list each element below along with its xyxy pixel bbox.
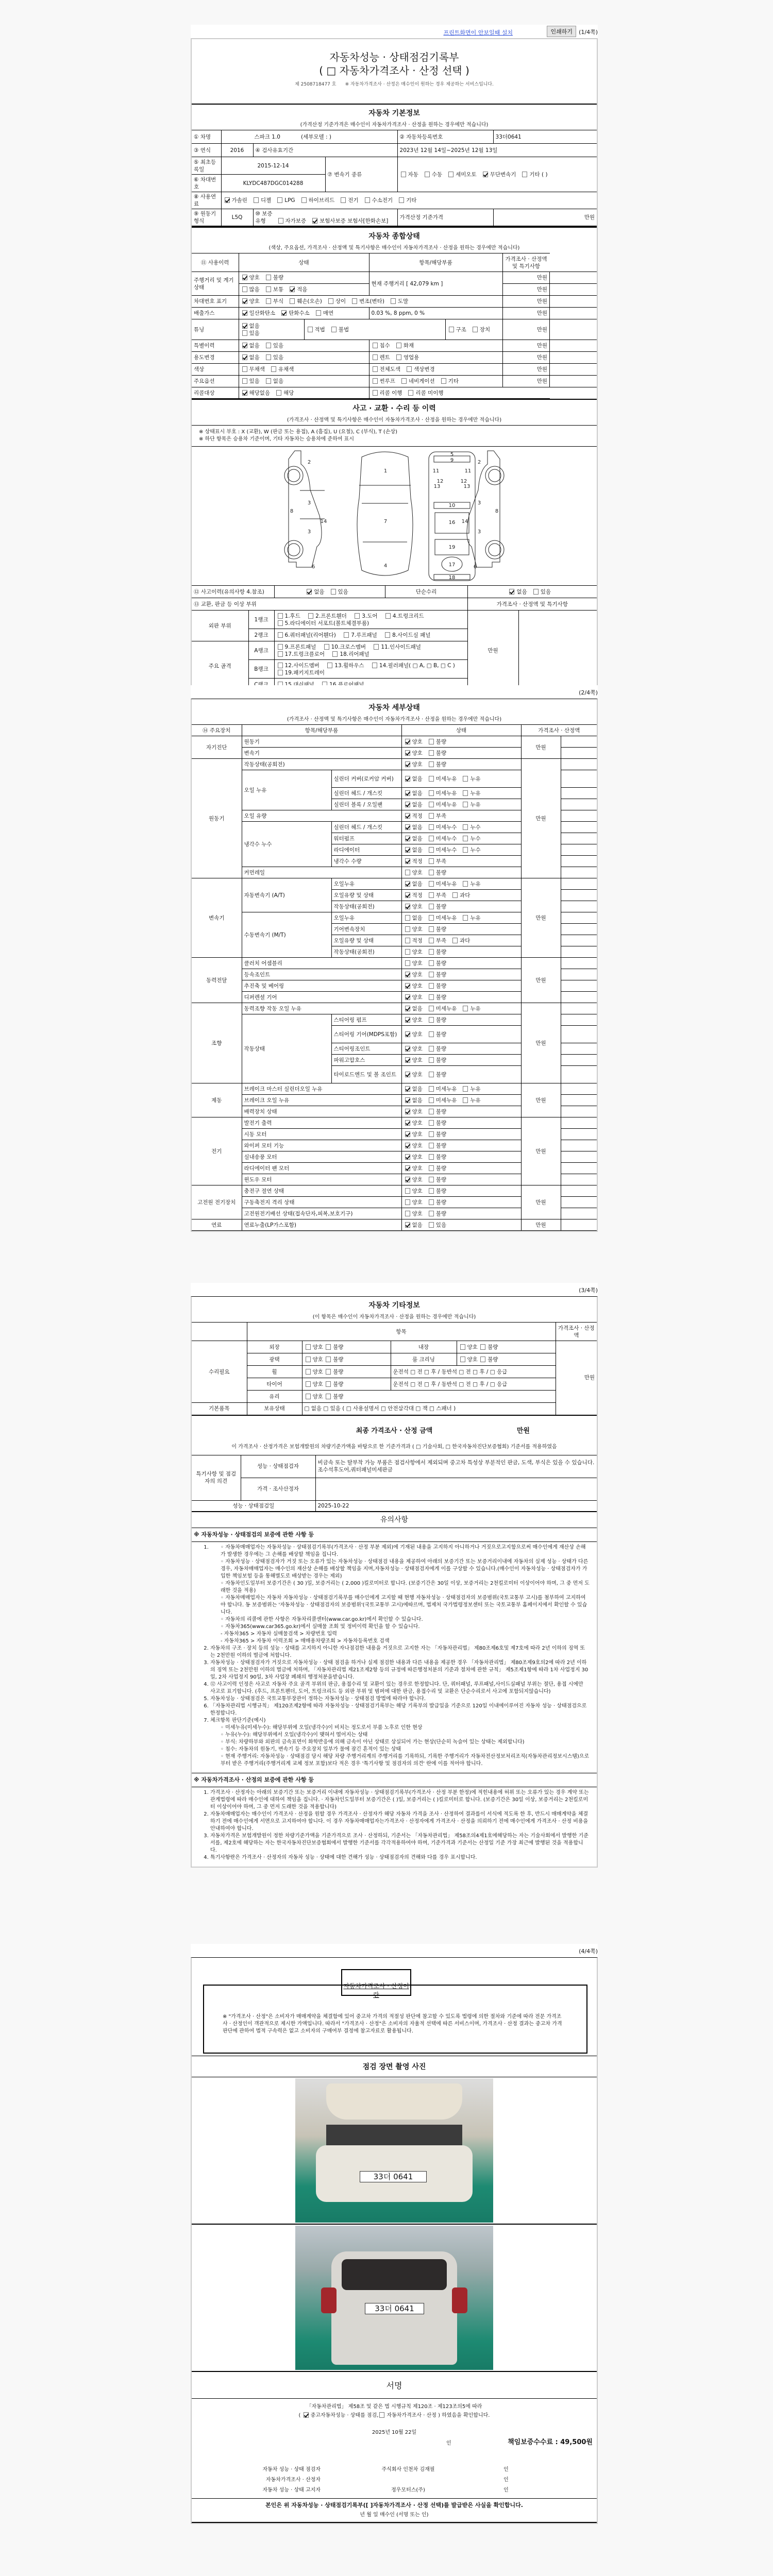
checkbox[interactable]	[266, 298, 271, 304]
checkbox[interactable]	[301, 197, 307, 203]
option-label: 불량	[436, 739, 446, 745]
checkbox[interactable]	[429, 938, 434, 943]
checkbox[interactable]	[463, 1097, 468, 1103]
option: 없음	[404, 847, 423, 853]
svg-text:11: 11	[465, 468, 472, 474]
checkbox[interactable]	[429, 790, 434, 796]
checkbox[interactable]	[522, 172, 527, 177]
checkbox[interactable]	[341, 197, 346, 203]
option-label: 도말	[398, 298, 408, 304]
section-note: (이 항목은 매수인이 자동차가격조사 · 산정을 원하는 경우에만 적습니다)	[192, 1312, 597, 1320]
checkbox[interactable]	[425, 172, 430, 177]
option-label: 양호	[412, 1188, 423, 1194]
checkbox[interactable]	[429, 1109, 434, 1114]
label: 성능 · 상태점검자	[241, 1455, 315, 1478]
checkbox[interactable]	[405, 802, 410, 807]
checkbox[interactable]	[405, 926, 410, 932]
checkbox[interactable]	[405, 1154, 410, 1160]
checkbox[interactable]	[306, 1344, 311, 1350]
option-label: 없음	[249, 323, 260, 329]
option: 양호	[404, 1154, 423, 1160]
checkbox[interactable]	[405, 1199, 410, 1205]
checkbox[interactable]	[405, 790, 410, 796]
option: 없음	[404, 802, 423, 808]
checkbox[interactable]	[405, 1165, 410, 1171]
checkbox[interactable]	[266, 275, 271, 280]
svg-text:8: 8	[290, 509, 293, 514]
checkbox[interactable]	[429, 1143, 434, 1148]
checkbox[interactable]	[463, 881, 468, 887]
checkbox[interactable]	[242, 323, 247, 329]
part: 9.프론트패널	[277, 644, 316, 650]
checkbox[interactable]	[326, 1369, 331, 1375]
checkbox[interactable]	[429, 761, 434, 767]
checkbox[interactable]	[463, 1006, 468, 1011]
checkbox[interactable]	[405, 1177, 410, 1182]
svg-text:2: 2	[478, 460, 481, 465]
option-label: 불량	[333, 1394, 343, 1400]
checkbox[interactable]	[326, 1394, 331, 1399]
checkbox[interactable]	[401, 172, 406, 177]
checkbox[interactable]	[429, 847, 434, 853]
checkbox[interactable]	[460, 1357, 465, 1362]
status: 적정부족	[401, 810, 521, 822]
checkbox[interactable]	[308, 613, 313, 619]
checkbox[interactable]	[429, 776, 434, 782]
checkbox[interactable]	[429, 1199, 434, 1205]
checkbox[interactable]	[405, 892, 410, 898]
checkbox[interactable]	[405, 904, 410, 909]
checkbox[interactable]	[429, 813, 434, 819]
checkbox[interactable]	[281, 310, 287, 316]
checkbox[interactable]	[429, 802, 434, 807]
checkbox[interactable]	[429, 750, 434, 756]
option-label: 양호	[412, 1109, 423, 1115]
checkbox[interactable]	[429, 904, 434, 909]
checkbox[interactable]	[331, 589, 336, 595]
checkbox[interactable]	[429, 949, 434, 955]
option-label: 불량	[436, 926, 446, 933]
checkbox[interactable]	[306, 1381, 311, 1387]
accident-history-options: 없음있음	[274, 586, 385, 598]
checkbox[interactable]	[405, 847, 410, 853]
checkbox[interactable]	[278, 613, 283, 619]
checkbox[interactable]	[463, 802, 468, 807]
checkbox[interactable]	[405, 750, 410, 756]
checkbox[interactable]	[429, 1222, 434, 1228]
option-label: 있음	[249, 330, 260, 336]
checkbox[interactable]	[452, 892, 458, 898]
option-label: 수소전기	[372, 197, 393, 204]
checkbox[interactable]	[271, 366, 276, 372]
checkbox[interactable]	[473, 327, 478, 332]
option: 과다	[451, 938, 470, 944]
checkbox[interactable]	[307, 589, 312, 595]
checkbox[interactable]	[429, 824, 434, 830]
checkbox[interactable]	[405, 1188, 410, 1194]
checkbox[interactable]	[463, 790, 468, 796]
checkbox[interactable]	[312, 218, 317, 224]
checkbox[interactable]	[405, 761, 410, 767]
print-button[interactable]: 인쇄하기	[547, 26, 576, 37]
checkbox[interactable]	[429, 870, 434, 875]
checkbox[interactable]	[326, 1344, 331, 1350]
checkbox[interactable]	[405, 1086, 410, 1092]
checkbox[interactable]	[405, 1109, 410, 1114]
option-label: 무단변속기	[490, 172, 516, 178]
checkbox[interactable]	[509, 589, 514, 595]
seal: 인	[475, 2465, 537, 2472]
checkbox[interactable]	[373, 378, 378, 384]
car-diagram: 2338146 174 591016191718 111112121313 23…	[192, 446, 597, 585]
page-1: 프린트화면이 안보일때 설치 인쇄하기 (1/4쪽) 자동차성능 · 상태점검기…	[191, 25, 598, 692]
checkbox[interactable]	[225, 197, 230, 203]
unit: 만원	[502, 296, 549, 308]
checkbox[interactable]	[266, 378, 271, 384]
checkbox[interactable]	[405, 960, 410, 966]
other-info-table: 항목 가격조사 · 산정액 수리필요 외장 양호 불량 내장 양호 불량 만원 …	[192, 1322, 597, 1416]
item: 작동상태(공회전)	[242, 759, 401, 770]
checkbox[interactable]	[278, 663, 283, 668]
checkbox[interactable]	[306, 1357, 311, 1362]
checkbox[interactable]	[242, 354, 247, 360]
checkbox[interactable]	[405, 1143, 410, 1148]
checkbox[interactable]	[429, 1177, 434, 1182]
label: 주요옵션	[192, 376, 239, 387]
inspector-opinion: 비금속 또는 탈부착 가능 부품은 점검사항에서 제외되며 중고차 특성상 부분…	[315, 1455, 597, 1478]
checkbox[interactable]	[278, 670, 283, 675]
checkbox[interactable]	[405, 1211, 410, 1216]
checkbox[interactable]	[405, 858, 410, 864]
checkbox[interactable]	[405, 915, 410, 921]
checkbox[interactable]	[396, 354, 401, 360]
option: 탄화수소	[280, 310, 310, 316]
checkbox[interactable]	[385, 632, 390, 638]
option-label: 보험사보증 보험사[한화손보]	[320, 218, 388, 224]
checkbox[interactable]	[308, 327, 313, 332]
option-label: 과다	[460, 892, 470, 899]
checkbox[interactable]	[405, 739, 410, 744]
option: 양호	[404, 1199, 423, 1206]
option-label: 무채색	[249, 366, 265, 372]
checkbox-appraisal[interactable]	[379, 2412, 384, 2418]
checkbox[interactable]	[242, 378, 247, 384]
item: 시동 모터	[242, 1129, 401, 1140]
checkbox[interactable]	[448, 172, 453, 177]
checkbox[interactable]	[429, 1211, 434, 1216]
checkbox[interactable]	[276, 390, 281, 396]
item: 실내송풍 모터	[242, 1151, 401, 1163]
checkbox[interactable]	[373, 390, 378, 396]
checkbox[interactable]	[405, 1131, 410, 1137]
checkbox[interactable]	[242, 298, 247, 304]
option-label: 누수	[470, 847, 480, 853]
checkbox[interactable]	[372, 663, 377, 668]
checkbox[interactable]	[373, 343, 378, 348]
checkbox[interactable]	[385, 613, 391, 619]
checkbox[interactable]	[463, 824, 468, 830]
checkbox[interactable]	[266, 354, 271, 360]
checkbox[interactable]	[429, 836, 434, 841]
option-label: 중고자동차성능 · 상태를 점검,	[311, 2413, 379, 2418]
notice-list: 자동차매매업자는 자동차성능 · 상태점검기록부(가격조사 · 산정 부분 제외…	[192, 1542, 597, 1773]
checkbox[interactable]	[483, 172, 488, 177]
checkbox[interactable]	[332, 651, 338, 657]
item: 브레이크 마스터 실린더오일 누유	[242, 1083, 401, 1095]
label: 특별이력	[192, 340, 239, 352]
checkbox[interactable]	[480, 1357, 485, 1362]
label: 수리필요	[192, 1341, 247, 1403]
checkbox[interactable]	[242, 366, 247, 372]
option: 디젤	[253, 197, 271, 204]
checkbox[interactable]	[405, 938, 410, 943]
checkbox[interactable]	[391, 298, 396, 304]
checkbox[interactable]	[429, 1046, 434, 1052]
checkbox[interactable]	[429, 1057, 434, 1063]
checkbox[interactable]	[327, 663, 332, 668]
option: 리콜 미이행	[407, 390, 443, 396]
option-label: 불량	[436, 972, 446, 978]
rear-photo: 33더 0641	[295, 2226, 493, 2370]
checkbox[interactable]	[429, 926, 434, 932]
checkbox[interactable]	[328, 298, 333, 304]
checkbox[interactable]	[306, 1394, 311, 1399]
checkbox[interactable]	[266, 286, 271, 292]
checkbox[interactable]	[401, 378, 407, 384]
checkbox[interactable]	[278, 632, 283, 638]
status: 양호불량	[401, 736, 521, 748]
checkbox[interactable]	[407, 366, 412, 372]
checkbox[interactable]	[405, 1072, 410, 1077]
column-header: 상태	[401, 725, 521, 736]
checkbox[interactable]	[463, 776, 468, 782]
document-number: 제 2508718477 호	[295, 82, 336, 87]
checkbox[interactable]	[405, 836, 410, 841]
checkbox[interactable]	[396, 343, 401, 348]
checkbox[interactable]	[242, 275, 247, 280]
registration-number: 33더0641	[493, 130, 597, 144]
checkbox[interactable]	[429, 1031, 434, 1037]
option-label: 불량	[436, 904, 446, 910]
checkbox[interactable]	[405, 949, 410, 955]
checkbox[interactable]	[429, 983, 434, 989]
checkbox[interactable]	[326, 1357, 331, 1362]
checkbox[interactable]	[399, 197, 404, 203]
checkbox[interactable]	[429, 1188, 434, 1194]
option-label: 미세누유	[436, 915, 457, 921]
checkbox[interactable]	[405, 813, 410, 819]
checkbox[interactable]	[429, 858, 434, 864]
option-label: 부족	[436, 892, 446, 899]
print-help-link[interactable]: 프린트화면이 안보일때 설치	[443, 28, 513, 37]
checkbox[interactable]	[405, 870, 410, 875]
checkbox[interactable]	[326, 1381, 331, 1387]
option: 불량	[428, 1120, 446, 1126]
overall-table: ⑪ 사용이력 상태 항목/해당부품 가격조사 · 산정액 및 특기사항 주행거리…	[192, 253, 597, 399]
checkbox[interactable]	[290, 286, 295, 292]
checkbox[interactable]	[242, 330, 247, 336]
option-label: 양호	[412, 1072, 423, 1078]
option: 색상변경	[406, 366, 435, 372]
checkbox[interactable]	[405, 881, 410, 887]
checkbox[interactable]	[405, 1017, 410, 1023]
checkbox[interactable]	[463, 847, 468, 853]
checkbox[interactable]	[452, 938, 458, 943]
part: 4.트렁크리드	[384, 613, 424, 619]
option: 양호	[404, 983, 423, 989]
option: 불량	[428, 1017, 446, 1023]
checkbox[interactable]	[278, 651, 283, 657]
option: 있음	[330, 589, 348, 595]
checkbox[interactable]	[460, 1344, 465, 1350]
option-label: 누유	[470, 790, 480, 796]
checkbox[interactable]	[429, 1154, 434, 1160]
option-label: 양호	[412, 1057, 423, 1063]
checkbox[interactable]	[278, 620, 283, 626]
checkbox[interactable]	[373, 366, 378, 372]
checkbox[interactable]	[278, 644, 283, 650]
checkbox[interactable]	[429, 1006, 434, 1011]
rank: 1랭크	[248, 611, 274, 629]
checkbox[interactable]	[290, 298, 295, 304]
checkbox[interactable]	[463, 915, 468, 921]
checkbox[interactable]	[533, 589, 539, 595]
option-label: 유채색	[278, 366, 294, 372]
checkbox[interactable]	[441, 378, 446, 384]
checkbox[interactable]	[344, 632, 349, 638]
option-label: 불량	[333, 1381, 343, 1387]
option-label: 양호	[313, 1357, 323, 1363]
checkbox[interactable]	[405, 1057, 410, 1063]
option: 없음	[508, 589, 527, 595]
checkbox[interactable]	[429, 1086, 434, 1092]
car-name: 스파크 1.0	[255, 134, 280, 140]
option-label: 불량	[273, 275, 283, 281]
checkbox[interactable]	[480, 1344, 485, 1350]
checkbox[interactable]	[429, 1165, 434, 1171]
status: 양호불량	[401, 992, 521, 1003]
checkbox[interactable]	[306, 1369, 311, 1375]
checkbox[interactable]	[278, 218, 283, 224]
option: 수동	[424, 172, 442, 178]
checkbox[interactable]	[429, 739, 434, 744]
checkbox[interactable]	[429, 1097, 434, 1103]
option-label: 있음	[338, 589, 348, 595]
final-price-label: 최종 가격조사 · 산정 금액	[356, 1427, 433, 1435]
option-label: 적정	[412, 892, 423, 899]
section-note: (색상, 주요옵션, 가격조사 · 산정액 및 특기사항은 매수인이 자동차가격…	[192, 243, 597, 251]
checkbox[interactable]	[429, 972, 434, 977]
option-label: 양호	[412, 983, 423, 989]
option: 훼손(오손)	[289, 298, 322, 304]
checkbox[interactable]	[266, 343, 271, 348]
checkbox[interactable]	[429, 1017, 434, 1023]
label: ⑩ 보증유형	[256, 210, 277, 225]
checkbox[interactable]	[429, 1072, 434, 1077]
document-header: 자동차성능 · 상태점검기록부 ( □ 자동차가격조사 · 산정 선택 ) 제 …	[192, 39, 597, 104]
svg-text:9: 9	[450, 457, 453, 463]
checkbox[interactable]	[405, 1222, 410, 1228]
checkbox[interactable]	[405, 983, 410, 989]
checkbox[interactable]	[405, 1120, 410, 1126]
checkbox[interactable]	[429, 1131, 434, 1137]
notice-item: 자동차매매업자는 매수인이 가격조사 · 산정을 원할 경우 가격조사 · 산정…	[210, 1811, 590, 1833]
checkbox[interactable]	[242, 310, 247, 316]
option: 누유	[462, 915, 480, 921]
unit: 만원	[521, 1117, 561, 1185]
sub-item: 파워고압호스	[331, 1055, 401, 1066]
option: 양호	[404, 1211, 423, 1217]
checkbox[interactable]	[405, 1006, 410, 1011]
checkbox[interactable]	[355, 613, 360, 619]
option: 없음	[404, 790, 423, 796]
checkbox[interactable]	[374, 644, 379, 650]
checkbox[interactable]	[324, 644, 329, 650]
checkbox[interactable]	[352, 298, 357, 304]
option: 기타 ( )	[521, 172, 547, 178]
checkbox[interactable]	[463, 836, 468, 841]
checkbox[interactable]	[429, 994, 434, 1000]
seal: 인	[475, 2475, 537, 2483]
checkbox[interactable]	[373, 354, 378, 360]
checkbox[interactable]	[254, 197, 259, 203]
checkbox[interactable]	[429, 892, 434, 898]
signer-name: 주식회사 인천차 김재필	[341, 2465, 475, 2472]
item: 와이퍼 모터 기능	[242, 1140, 401, 1151]
checkbox[interactable]	[429, 915, 434, 921]
checkbox[interactable]	[277, 197, 282, 203]
checkbox[interactable]	[405, 1046, 410, 1052]
checkbox[interactable]	[405, 1031, 410, 1037]
option: 적정	[404, 892, 423, 899]
checkbox[interactable]	[365, 197, 370, 203]
option-label: 없음	[249, 354, 260, 361]
status: 양호불량	[401, 1014, 521, 1026]
option: 없음	[306, 589, 324, 595]
device-group: 동력전달	[192, 958, 242, 1003]
status: 양호불량	[401, 1026, 521, 1043]
option: 자가보증	[277, 218, 307, 224]
checkbox[interactable]	[242, 286, 247, 292]
checkbox[interactable]	[429, 881, 434, 887]
option: 상이	[327, 298, 346, 304]
checkbox[interactable]	[449, 327, 454, 332]
tail-light	[321, 2287, 337, 2313]
option: 리콜 이행	[372, 390, 402, 396]
option-label: 해당없음	[249, 390, 271, 396]
svg-text:10: 10	[449, 503, 456, 509]
checkbox-inspection[interactable]	[304, 2412, 309, 2418]
checkbox[interactable]	[463, 1086, 468, 1092]
label: ⑦ 변속기 종류	[325, 157, 397, 192]
unit: 만원	[467, 611, 518, 691]
checkbox[interactable]	[405, 972, 410, 977]
checkbox[interactable]	[405, 1097, 410, 1103]
checkbox[interactable]	[405, 776, 410, 782]
checkbox[interactable]	[408, 390, 413, 396]
checkbox[interactable]	[331, 327, 337, 332]
item: 등속조인트	[242, 969, 401, 980]
checkbox[interactable]	[429, 960, 434, 966]
checkbox[interactable]	[405, 994, 410, 1000]
checkbox[interactable]	[242, 343, 247, 348]
checkbox[interactable]	[316, 310, 321, 316]
checkbox[interactable]	[242, 390, 247, 396]
option: 있음	[532, 589, 551, 595]
checkbox[interactable]	[429, 1120, 434, 1126]
checkbox[interactable]	[405, 824, 410, 830]
option: 불량	[428, 994, 446, 1001]
